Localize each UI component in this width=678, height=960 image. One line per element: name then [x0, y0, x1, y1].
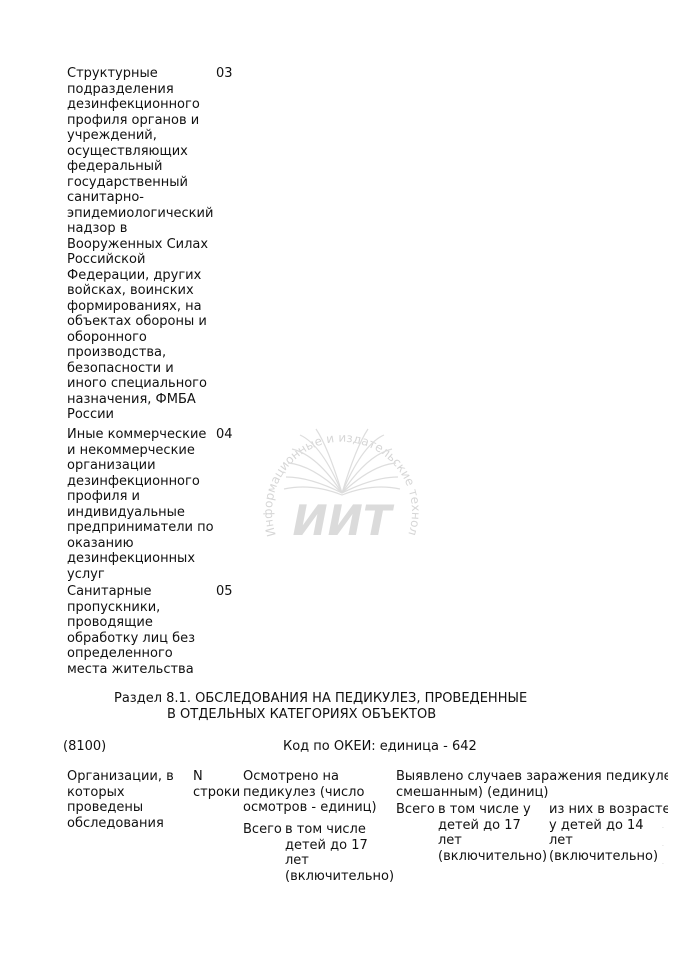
header-detected-age: из них в возрастеу детей до 14лет(включи… [549, 802, 668, 864]
header-detected: Выявлено случаев заражения педикулезом (… [396, 769, 668, 800]
header-row-number: Nстроки [193, 769, 243, 800]
header-examined-total: Всего [243, 822, 282, 838]
header-detected-total: Всего [396, 802, 435, 818]
header-examined-children: в том числедетей до 17лет(включительно) [285, 822, 400, 884]
header-organizations: Организации, вкоторыхпроведеныобследован… [67, 769, 192, 831]
cell-border-fragment: ··· [662, 826, 664, 868]
header-detected-children-17: в том числе удетей до 17лет(включительно… [438, 802, 550, 864]
header-examined: Осмотрено напедикулез (числоосмотров - е… [243, 769, 398, 816]
table-header: Организации, вкоторыхпроведеныобследован… [0, 0, 668, 960]
